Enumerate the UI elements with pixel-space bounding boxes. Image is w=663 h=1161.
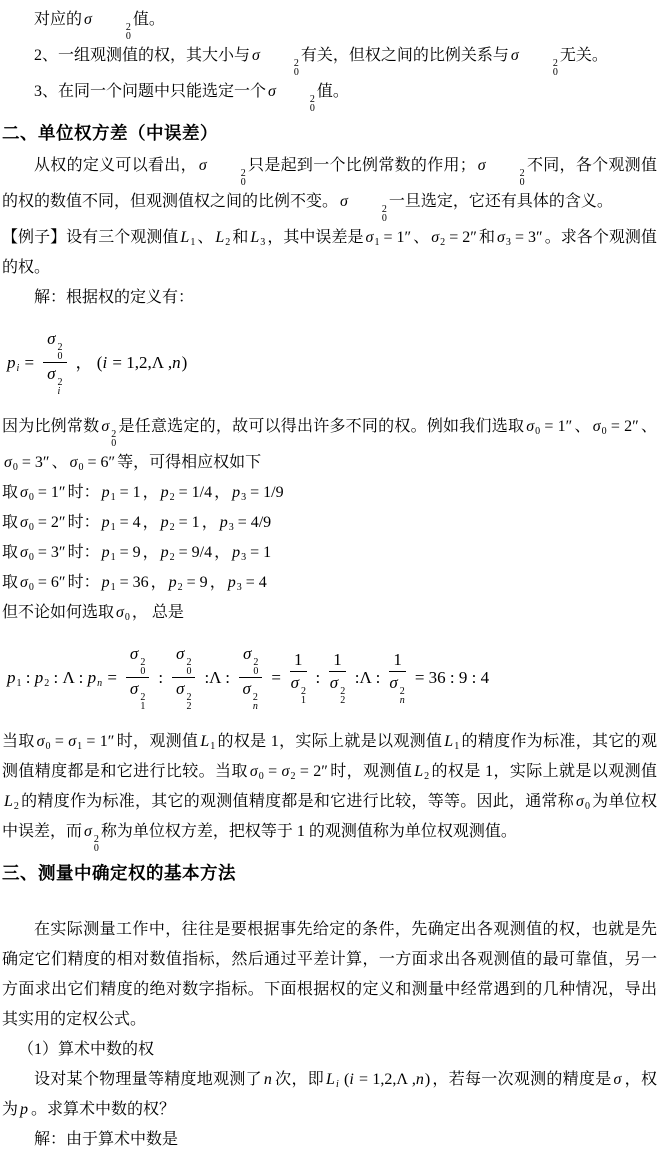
document-page: 对应的σ20值。2、一组观测值的权，其大小与σ20有关，但权之间的比例关系与σ2…: [0, 0, 663, 1161]
subscript: 0: [29, 582, 34, 593]
subscript: 2: [170, 492, 175, 503]
math-inline: p1 = 4: [102, 514, 141, 531]
fraction-numerator: σ20: [126, 644, 149, 678]
math-inline: :Λ :: [355, 667, 381, 688]
sup-sub-stack: 20: [278, 95, 315, 113]
subscript: n: [400, 696, 406, 705]
text-run: ， 总是: [132, 604, 184, 621]
subscript: n: [253, 702, 259, 711]
math-inline: σ: [614, 1071, 623, 1088]
paragraph: 取σ0 = 2″时：p1 = 4，p2 = 1，p3 = 4/9: [2, 508, 657, 538]
subscript: 0: [521, 68, 558, 77]
paragraph: 在实际测量工作中，往往是要根据事先给定的条件，先确定出各观测值的权，也就是先确定…: [2, 915, 657, 1035]
subscript: 0: [94, 844, 99, 853]
sup-sub-stack: 22: [186, 693, 191, 711]
text-run: ，若每一次观测的精度是: [432, 1071, 611, 1088]
text-run: 二、单位权方差（中误差）: [2, 123, 218, 143]
math-inline: :Λ :: [204, 667, 230, 688]
subscript: 1: [454, 741, 459, 752]
text-run: 三、测量中确定权的基本方法: [2, 863, 236, 883]
subscript: 1: [77, 741, 82, 752]
text-run: 、: [413, 229, 429, 246]
fraction: 1σ2n: [386, 650, 409, 705]
text-run: 解：根据权的定义有：: [34, 289, 194, 306]
math-inline: σ20: [252, 47, 299, 64]
text-run: ，其中误差是: [267, 229, 363, 246]
sup-sub-stack: 21: [301, 687, 306, 705]
math-inline: σ20: [84, 11, 131, 28]
subscript: 2: [44, 678, 49, 689]
text-run: 、: [641, 418, 657, 435]
text-run: 在实际测量工作中，往往是要根据事先给定的条件，先确定出各观测值的权，也就是先确定…: [2, 921, 657, 1028]
sup-sub-stack: 20: [140, 658, 145, 676]
text-run: 次，即: [275, 1071, 324, 1088]
math-inline: p1 : p2 : Λ : pn =: [7, 667, 117, 688]
paragraph: 解：由于算术中数是: [2, 1125, 657, 1155]
fraction-denominator: σ2n: [389, 672, 405, 705]
fraction-denominator: σ2i: [47, 363, 62, 396]
math-inline: :: [158, 667, 163, 688]
subscript: i: [336, 1079, 340, 1090]
text-run: 【例子】设有三个观测值: [2, 229, 178, 246]
formula-block: p1 : p2 : Λ : pn =σ20σ21:σ20σ22:Λ :σ20σ2…: [4, 644, 657, 711]
paragraph: 设对某个物理量等精度地观测了n次，即Li (i = 1,2,Λ ,n)，若每一次…: [2, 1065, 657, 1125]
sup-sub-stack: 22: [340, 687, 345, 705]
blank-line: [2, 891, 657, 915]
paragraph: 当取σ0 = σ1 = 1″时，观测值L1的权是 1，实际上就是以观测值L1的精…: [2, 727, 657, 853]
paragraph: 取σ0 = 6″时：p1 = 36，p2 = 9，p3 = 4: [2, 568, 657, 598]
sup-sub-stack: 20: [350, 205, 387, 223]
text-run: 一旦选定，它还有具体的含义。: [389, 193, 613, 210]
sup-sub-stack: 2n: [253, 693, 259, 711]
math-inline: σ0: [576, 793, 590, 810]
subscript: 0: [278, 104, 315, 113]
text-run: 、: [52, 454, 68, 471]
math-inline: σ20: [478, 157, 525, 174]
math-inline: σ0 = 1″: [20, 484, 66, 501]
subscript: 0: [209, 178, 246, 187]
subscript: 2: [290, 771, 295, 782]
math-inline: σ1 = 1″: [366, 229, 412, 246]
text-run: 时：: [68, 574, 100, 591]
fraction-numerator: 1: [389, 650, 406, 672]
text-run: ，: [202, 514, 218, 531]
math-inline: σ0 = 6″: [70, 454, 116, 471]
text-run: 3、在同一个问题中只能选定一个: [34, 83, 266, 100]
subscript: 2: [14, 801, 19, 812]
text-run: 取: [2, 544, 18, 561]
sup-sub-stack: 20: [111, 430, 116, 448]
paragraph: 对应的σ20值。: [2, 5, 657, 41]
text-run: ，: [214, 544, 230, 561]
fraction: σ20σ22: [169, 644, 198, 711]
math-inline: p1 = 36: [102, 574, 149, 591]
sup-sub-stack: 2i: [58, 378, 63, 396]
text-run: 和: [232, 229, 248, 246]
fraction-numerator: σ20: [239, 644, 262, 678]
math-inline: = 36 : 9 : 4: [415, 667, 489, 688]
text-run: 值。: [133, 11, 165, 28]
math-inline: L3: [250, 229, 265, 246]
math-inline: σ0: [116, 604, 130, 621]
math-inline: L2: [414, 763, 429, 780]
subscript: 0: [29, 522, 34, 533]
math-inline: σ0 = σ2 = 2″: [250, 763, 328, 780]
subscript: 0: [111, 439, 116, 448]
text-run: 取: [2, 574, 18, 591]
sup-sub-stack: 20: [521, 59, 558, 77]
text-run: 有关，但权之间的比例关系与: [301, 47, 509, 64]
math-inline: p3 = 1: [232, 544, 271, 561]
math-inline: σ0 = 6″: [20, 574, 66, 591]
subscript: 1: [17, 678, 22, 689]
sup-sub-stack: 20: [262, 59, 299, 77]
subscript: 0: [125, 612, 130, 623]
math-inline: L2: [215, 229, 230, 246]
fraction-numerator: 1: [290, 650, 307, 672]
subscript: 1: [210, 741, 215, 752]
subscript: 0: [186, 667, 191, 676]
fraction-numerator: σ20: [172, 644, 195, 678]
subscript: 1: [301, 696, 306, 705]
sup-sub-stack: 2n: [400, 687, 406, 705]
subscript: 2: [440, 237, 445, 248]
subscript: 1: [374, 237, 379, 248]
math-inline: σ0 = 1″: [526, 418, 572, 435]
math-inline: σ0 = σ1 = 1″: [37, 733, 115, 750]
sup-sub-stack: 20: [488, 169, 525, 187]
math-inline: σ0 = 3″: [4, 454, 50, 471]
fraction-denominator: σ21: [130, 678, 145, 711]
text-run: 因为比例常数: [2, 418, 99, 435]
subscript: 0: [140, 667, 145, 676]
sup-sub-stack: 20: [253, 658, 258, 676]
subscript: 0: [535, 426, 540, 437]
subscript: 2: [340, 696, 345, 705]
fraction: σ20σ2i: [40, 329, 69, 396]
subscript: 3: [260, 237, 265, 248]
text-run: 时，观测值: [330, 763, 412, 780]
text-run: 、: [197, 229, 213, 246]
math-inline: p1 = 1: [102, 484, 141, 501]
text-run: 的权是 1，实际上就是以观测值: [431, 763, 657, 780]
math-inline: p3 = 4: [228, 574, 267, 591]
sup-sub-stack: 20: [186, 658, 191, 676]
paragraph: 3、在同一个问题中只能选定一个σ20值。: [2, 77, 657, 113]
math-inline: p3 = 4/9: [220, 514, 271, 531]
text-run: ，: [151, 574, 167, 591]
text-run: 对应的: [34, 11, 82, 28]
paragraph: 但不论如何选取σ0， 总是: [2, 598, 657, 628]
text-run: 只是起到一个比例常数的作用；: [248, 157, 476, 174]
subscript: 1: [111, 492, 116, 503]
math-inline: σ3 = 3″: [497, 229, 543, 246]
math-inline: =: [271, 667, 281, 688]
math-inline: σ0 = 2″: [20, 514, 66, 531]
subscript: n: [97, 678, 103, 689]
math-inline: σ0 = 3″: [20, 544, 66, 561]
text-run: 的精度作为标准，其它的观测值精度都是和它进行比较，等等。因此，通常称: [21, 793, 574, 810]
fraction-denominator: σ21: [291, 672, 306, 705]
math-inline: p3 = 1/9: [232, 484, 283, 501]
text-run: 取: [2, 484, 18, 501]
text-run: 设对某个物理量等精度地观测了: [34, 1071, 262, 1088]
math-inline: L1: [180, 229, 195, 246]
subscript: 2: [225, 237, 230, 248]
text-run: （1）算术中数的权: [18, 1041, 154, 1058]
fraction-denominator: σ2n: [243, 678, 259, 711]
math-inline: Li (i = 1,2,Λ ,n): [326, 1071, 430, 1088]
fraction: 1σ22: [326, 650, 349, 705]
subscript: 1: [111, 552, 116, 563]
text-run: 、: [574, 418, 590, 435]
math-inline: n: [264, 1071, 273, 1088]
math-inline: σ20: [101, 418, 116, 435]
sup-sub-stack: 20: [58, 343, 63, 361]
math-inline: :: [316, 667, 321, 688]
subscript: 0: [13, 462, 18, 473]
subscript: 2: [178, 582, 183, 593]
paragraph: （1）算术中数的权: [2, 1035, 657, 1065]
text-run: ，: [143, 514, 159, 531]
text-run: ，: [143, 484, 159, 501]
text-run: 和: [479, 229, 495, 246]
subscript: 0: [94, 32, 131, 41]
section-heading: 二、单位权方差（中误差）: [2, 118, 657, 148]
math-inline: σ0 = 2″: [593, 418, 639, 435]
subscript: 0: [46, 741, 51, 752]
paragraph: 解：根据权的定义有：: [2, 283, 657, 313]
text-run: 时：: [68, 484, 100, 501]
subscript: 0: [29, 492, 34, 503]
fraction-numerator: 1: [329, 650, 346, 672]
subscript: 0: [602, 426, 607, 437]
subscript: 0: [58, 352, 63, 361]
subscript: 3: [229, 522, 234, 533]
subscript: 1: [111, 522, 116, 533]
text-run: ，: [214, 484, 230, 501]
subscript: 0: [585, 801, 590, 812]
text-run: 。求算术中数的权？: [31, 1101, 175, 1118]
section-heading: 三、测量中确定权的基本方法: [2, 858, 657, 888]
math-inline: L2: [4, 793, 19, 810]
math-inline: σ20: [84, 823, 99, 840]
subscript: 0: [78, 462, 83, 473]
math-inline: σ20: [199, 157, 246, 174]
subscript: 3: [506, 237, 511, 248]
math-inline: p: [20, 1101, 29, 1118]
subscript: 0: [29, 552, 34, 563]
fraction: 1σ21: [287, 650, 310, 705]
text-run: 解：由于算术中数是: [34, 1131, 178, 1148]
sup-sub-stack: 20: [209, 169, 246, 187]
math-inline: L1: [444, 733, 459, 750]
math-inline: pi =: [7, 352, 34, 373]
fraction-denominator: σ22: [330, 672, 345, 705]
subscript: i: [58, 387, 62, 396]
math-inline: ， (i = 1,2,Λ ,n): [76, 352, 188, 373]
text-run: 取: [2, 514, 18, 531]
text-run: ，: [143, 544, 159, 561]
paragraph: 取σ0 = 3″时：p1 = 9，p2 = 9/4，p3 = 1: [2, 538, 657, 568]
subscript: 3: [241, 492, 246, 503]
math-inline: p2 = 1/4: [161, 484, 212, 501]
math-inline: p1 = 9: [102, 544, 141, 561]
subscript: 2: [424, 771, 429, 782]
math-inline: σ20: [340, 193, 387, 210]
text-run: 称为单位权方差，把权等于 1 的观测值称为单位权观测值。: [101, 823, 517, 840]
math-inline: σ20: [511, 47, 558, 64]
fraction: σ20σ2n: [236, 644, 265, 711]
text-run: 时：: [68, 544, 100, 561]
text-run: 无关。: [560, 47, 608, 64]
math-inline: p2 = 9: [169, 574, 208, 591]
paragraph: 【例子】设有三个观测值L1、L2和L3，其中误差是σ1 = 1″、σ2 = 2″…: [2, 223, 657, 283]
paragraph: 因为比例常数σ20是任意选定的，故可以得出许多不同的权。例如我们选取σ0 = 1…: [2, 412, 657, 478]
subscript: 0: [350, 214, 387, 223]
math-inline: σ20: [268, 83, 315, 100]
fraction: σ20σ21: [123, 644, 152, 711]
sup-sub-stack: 20: [94, 835, 99, 853]
math-inline: p2 = 9/4: [161, 544, 212, 561]
text-run: 时：: [68, 514, 100, 531]
subscript: i: [17, 363, 21, 374]
subscript: 1: [111, 582, 116, 593]
subscript: 3: [241, 552, 246, 563]
subscript: 2: [170, 522, 175, 533]
text-run: ，: [210, 574, 226, 591]
subscript: 1: [140, 702, 145, 711]
paragraph: 2、一组观测值的权，其大小与σ20有关，但权之间的比例关系与σ20无关。: [2, 41, 657, 77]
text-run: 时，观测值: [116, 733, 198, 750]
subscript: 0: [488, 178, 525, 187]
sup-sub-stack: 21: [140, 693, 145, 711]
fraction-numerator: σ20: [43, 329, 66, 363]
paragraph: 取σ0 = 1″时：p1 = 1，p2 = 1/4，p3 = 1/9: [2, 478, 657, 508]
sup-sub-stack: 20: [94, 23, 131, 41]
text-run: 从权的定义可以看出，: [34, 157, 197, 174]
subscript: 2: [186, 702, 191, 711]
paragraph: 从权的定义可以看出，σ20只是起到一个比例常数的作用；σ20不同，各个观测值的权…: [2, 151, 657, 223]
text-run: 值。: [317, 83, 349, 100]
text-run: 是任意选定的，故可以得出许多不同的权。例如我们选取: [118, 418, 524, 435]
text-run: 但不论如何选取: [2, 604, 114, 621]
text-run: 2、一组观测值的权，其大小与: [34, 47, 250, 64]
text-run: 的权是 1，实际上就是以观测值: [217, 733, 442, 750]
fraction-denominator: σ22: [176, 678, 191, 711]
text-run: 等，可得相应权如下: [117, 454, 261, 471]
text-run: 当取: [2, 733, 35, 750]
subscript: 0: [259, 771, 264, 782]
subscript: 2: [170, 552, 175, 563]
math-inline: σ2 = 2″: [431, 229, 477, 246]
subscript: 3: [237, 582, 242, 593]
math-inline: L1: [200, 733, 215, 750]
formula-block: pi =σ20σ2i， (i = 1,2,Λ ,n): [4, 329, 657, 396]
subscript: 0: [253, 667, 258, 676]
subscript: 0: [262, 68, 299, 77]
subscript: 1: [190, 237, 195, 248]
math-inline: p2 = 1: [161, 514, 200, 531]
